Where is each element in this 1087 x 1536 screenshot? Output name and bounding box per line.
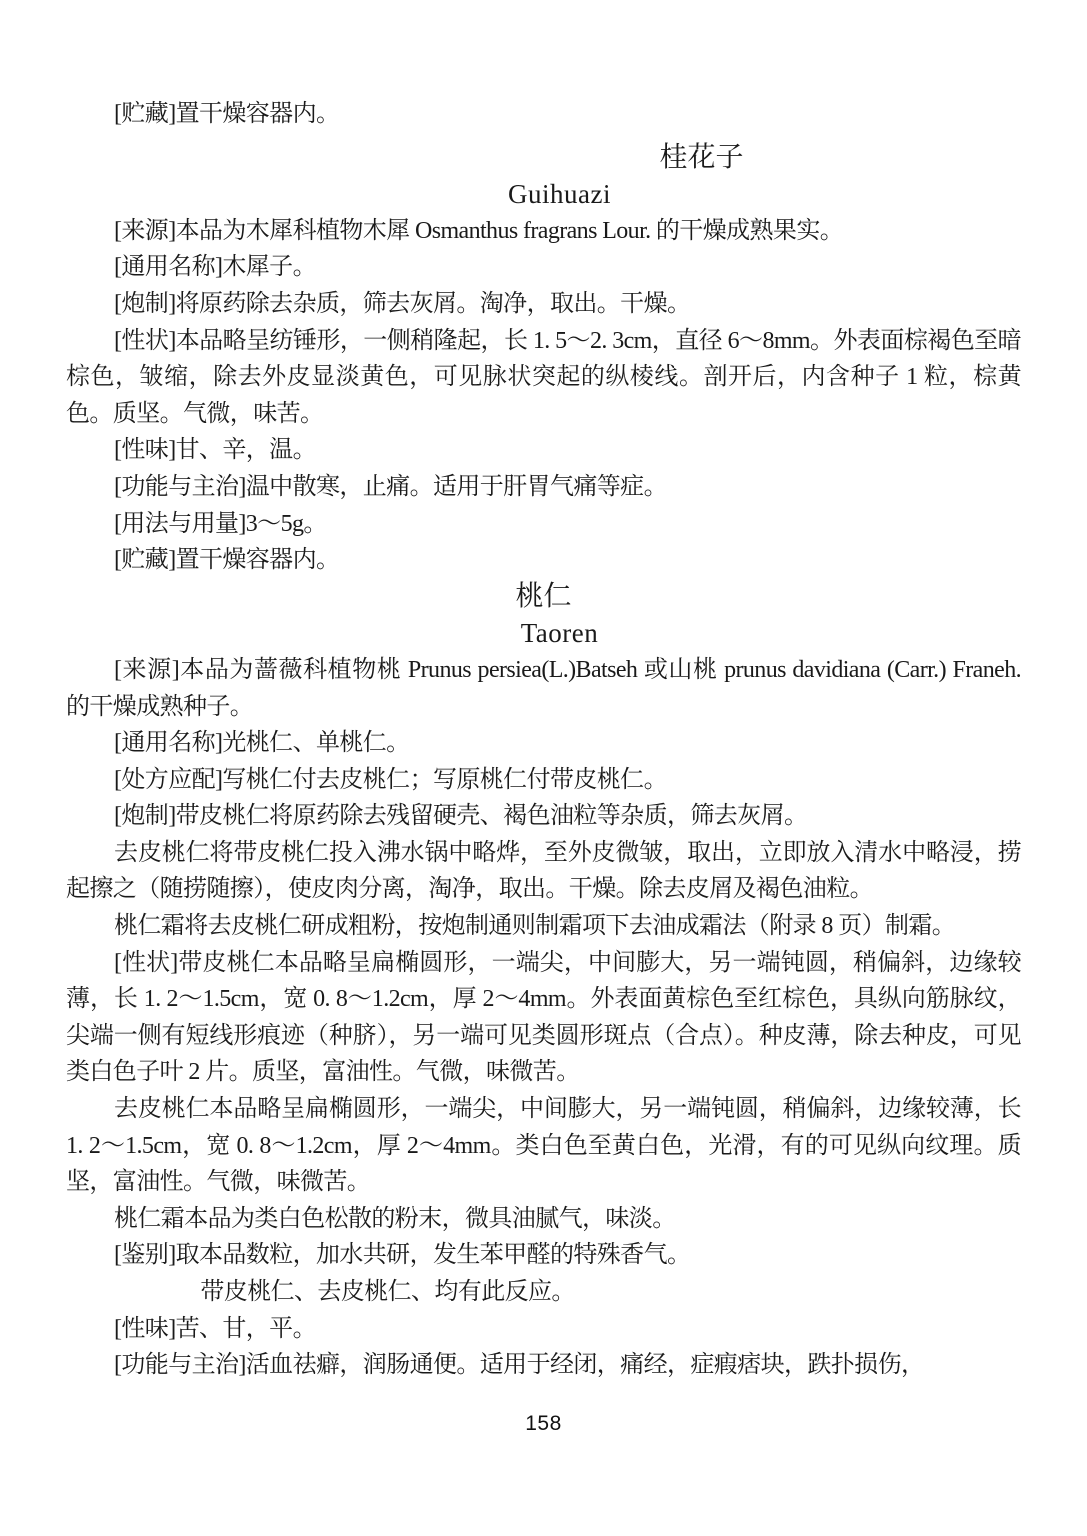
body-paragraph: [处方应配]写桃仁付去皮桃仁；写原桃仁付带皮桃仁。 xyxy=(66,762,1021,799)
body-paragraph: [用法与用量]3～5g。 xyxy=(66,506,1021,543)
entry-title-chinese: 桂花子 xyxy=(224,140,1087,177)
body-paragraph: 桃仁霜本品为类白色松散的粉末，微具油腻气，味淡。 xyxy=(66,1201,1021,1238)
document-body: [贮藏]置干燥容器内。桂花子Guihuazi[来源]本品为木犀科植物木犀 Osm… xyxy=(66,96,1021,1384)
body-paragraph: [功能与主治]温中散寒，止痛。适用于肝胃气痛等症。 xyxy=(66,469,1021,506)
body-paragraph: [鉴别]取本品数粒，加水共研，发生苯甲醛的特殊香气。 xyxy=(66,1237,1021,1274)
body-paragraph: 去皮桃仁本品略呈扁椭圆形，一端尖，中间膨大，另一端钝圆，稍偏斜，边缘较薄，长 1… xyxy=(66,1091,1021,1201)
body-paragraph: [性味]苦、甘，平。 xyxy=(66,1311,1021,1348)
body-paragraph: [功能与主治]活血祛癖，润肠通便。适用于经闭，痛经，症瘕痞块，跌扑损伤， xyxy=(66,1347,1021,1384)
body-paragraph: 桃仁霜将去皮桃仁研成粗粉，按炮制通则制霜项下去油成霜法（附录 8 页）制霜。 xyxy=(66,908,1021,945)
body-paragraph: [通用名称]木犀子。 xyxy=(66,249,1021,286)
body-paragraph: [来源]本品为木犀科植物木犀 Osmanthus fragrans Lour. … xyxy=(66,213,1021,250)
body-paragraph: [性状]本品略呈纺锤形，一侧稍隆起，长 1. 5～2. 3cm，直径 6～8mm… xyxy=(66,323,1021,433)
body-paragraph: 去皮桃仁将带皮桃仁投入沸水锅中略烨，至外皮微皱，取出，立即放入清水中略浸，捞起擦… xyxy=(66,835,1021,908)
entry-title-chinese: 桃仁 xyxy=(66,579,1021,616)
body-paragraph: [炮制]带皮桃仁将原药除去残留硬壳、褐色油粒等杂质，筛去灰屑。 xyxy=(66,798,1021,835)
body-paragraph: [贮藏]置干燥容器内。 xyxy=(66,96,1021,133)
body-paragraph: [性味]甘、辛，温。 xyxy=(66,432,1021,469)
body-paragraph: [贮藏]置干燥容器内。 xyxy=(66,542,1021,579)
page-number: 158 xyxy=(0,1412,1087,1436)
body-paragraph: [性状]带皮桃仁本品略呈扁椭圆形，一端尖，中间膨大，另一端钝圆，稍偏斜，边缘较薄… xyxy=(66,945,1021,1091)
body-paragraph: [来源]本品为蔷薇科植物桃 Prunus persiea(L.)Batseh 或… xyxy=(66,652,1021,725)
entry-title-pinyin: Taoren xyxy=(82,615,1037,652)
body-paragraph: [通用名称]光桃仁、单桃仁。 xyxy=(66,725,1021,762)
entry-title-pinyin: Guihuazi xyxy=(82,176,1037,213)
body-paragraph: 带皮桃仁、去皮桃仁、均有此反应。 xyxy=(66,1274,1021,1311)
document-page: [贮藏]置干燥容器内。桂花子Guihuazi[来源]本品为木犀科植物木犀 Osm… xyxy=(0,0,1087,1536)
body-paragraph: [炮制]将原药除去杂质，筛去灰屑。淘净，取出。干燥。 xyxy=(66,286,1021,323)
